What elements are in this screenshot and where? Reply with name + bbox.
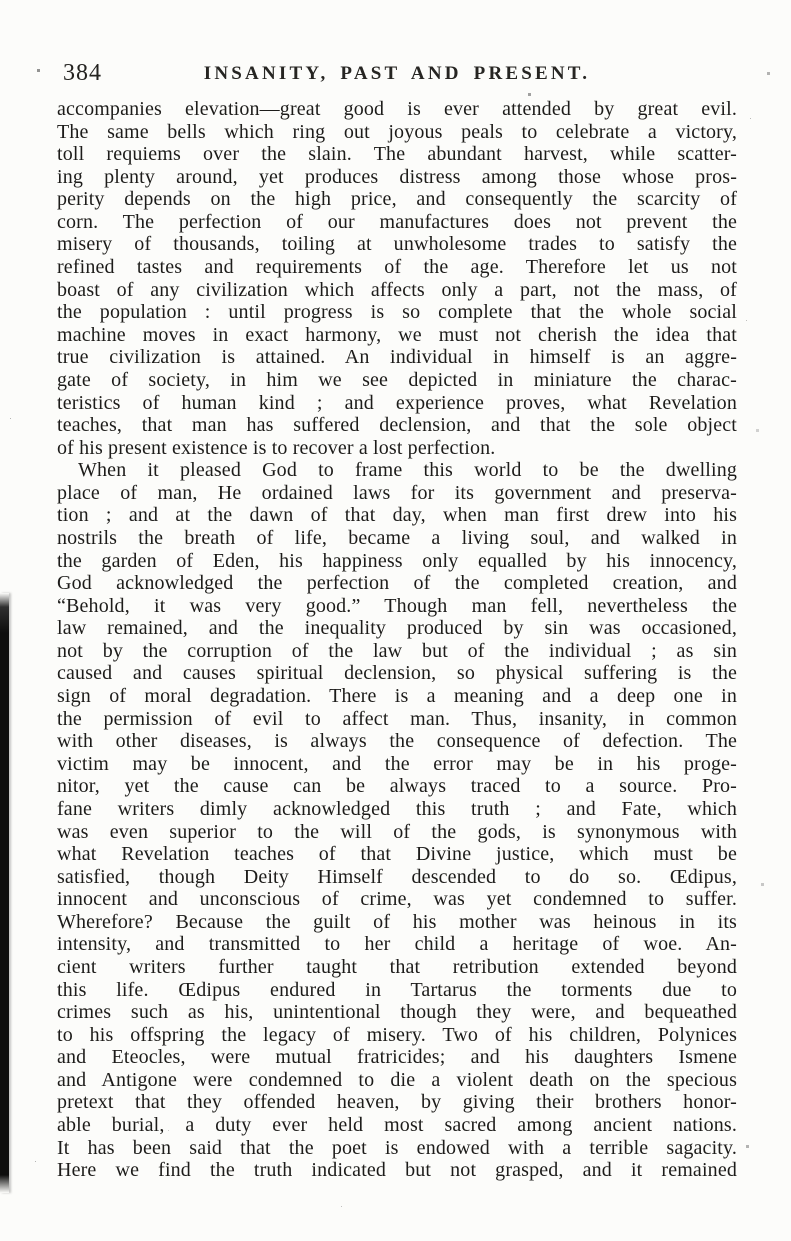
text-line: what Revelation teaches of that Divine j… [57,843,737,866]
text-line: innocent and unconscious of crime, was y… [57,888,737,911]
text-line: caused and causes spiritual declension, … [57,662,737,685]
text-line: When it pleased God to frame this world … [57,459,737,482]
text-line: perity depends on the high price, and co… [57,188,737,211]
text-line: The same bells which ring out joyous pea… [57,121,737,144]
text-line: to his offspring the legacy of misery. T… [57,1024,737,1047]
scan-speckle-artifacts [0,0,1,1]
text-line: misery of thousands, toiling at unwholes… [57,233,737,256]
text-line: able burial, a duty ever held most sacre… [57,1114,737,1137]
scanned-page: 384 INSANITY, PAST AND PRESENT. accompan… [0,0,791,1241]
text-line: boast of any civilization which affects … [57,279,737,302]
text-line: the population : until progress is so co… [57,301,737,324]
text-line: fane writers dimly acknowledged this tru… [57,798,737,821]
text-line: with other diseases, is always the conse… [57,730,737,753]
text-line: God acknowledged the perfection of the c… [57,572,737,595]
text-line: pretext that they offended heaven, by gi… [57,1091,737,1114]
text-line: law remained, and the inequality produce… [57,617,737,640]
page-body: accompanies elevation—great good is ever… [57,98,737,1182]
text-line: was even superior to the will of the god… [57,821,737,844]
text-line: sign of moral degradation. There is a me… [57,685,737,708]
running-header-title: INSANITY, PAST AND PRESENT. [57,63,737,85]
text-line: true civilization is attained. An indivi… [57,346,737,369]
text-line: accompanies elevation—great good is ever… [57,98,737,121]
text-line: intensity, and transmitted to her child … [57,933,737,956]
text-line: the permission of evil to affect man. Th… [57,708,737,731]
text-line: cient writers further taught that retrib… [57,956,737,979]
text-line: Here we find the truth indicated but not… [57,1159,737,1182]
text-line: toll requiems over the slain. The abunda… [57,143,737,166]
text-line: corn. The perfection of our manufactures… [57,211,737,234]
text-line: not by the corruption of the law but of … [57,640,737,663]
text-line: satisfied, though Deity Himself descende… [57,866,737,889]
text-line: Wherefore? Because the guilt of his moth… [57,911,737,934]
text-line: teaches, that man has suffered declensio… [57,414,737,437]
text-line: gate of society, in him we see depicted … [57,369,737,392]
text-line: machine moves in exact harmony, we must … [57,324,737,347]
text-line: this life. Œdipus endured in Tartarus th… [57,979,737,1002]
text-line: “Behold, it was very good.” Though man f… [57,595,737,618]
text-line: nitor, yet the cause can be always trace… [57,775,737,798]
text-line: victim may be innocent, and the error ma… [57,753,737,776]
text-line: of his present existence is to recover a… [57,437,737,460]
text-line: and Eteocles, were mutual fratricides; a… [57,1046,737,1069]
text-line: the garden of Eden, his happiness only e… [57,550,737,573]
text-line: tion ; and at the dawn of that day, when… [57,504,737,527]
text-line: place of man, He ordained laws for its g… [57,482,737,505]
text-line: ing plenty around, yet produces distress… [57,166,737,189]
text-line: nostrils the breath of life, became a li… [57,527,737,550]
text-line: crimes such as his, unintentional though… [57,1001,737,1024]
text-line: teristics of human kind ; and experience… [57,392,737,415]
text-line: and Antigone were condemned to die a vio… [57,1069,737,1092]
text-line: It has been said that the poet is endowe… [57,1137,737,1160]
text-line: refined tastes and requirements of the a… [57,256,737,279]
page-header-row: 384 INSANITY, PAST AND PRESENT. [57,60,737,90]
scan-gutter-shadow-artifact [0,593,9,1193]
